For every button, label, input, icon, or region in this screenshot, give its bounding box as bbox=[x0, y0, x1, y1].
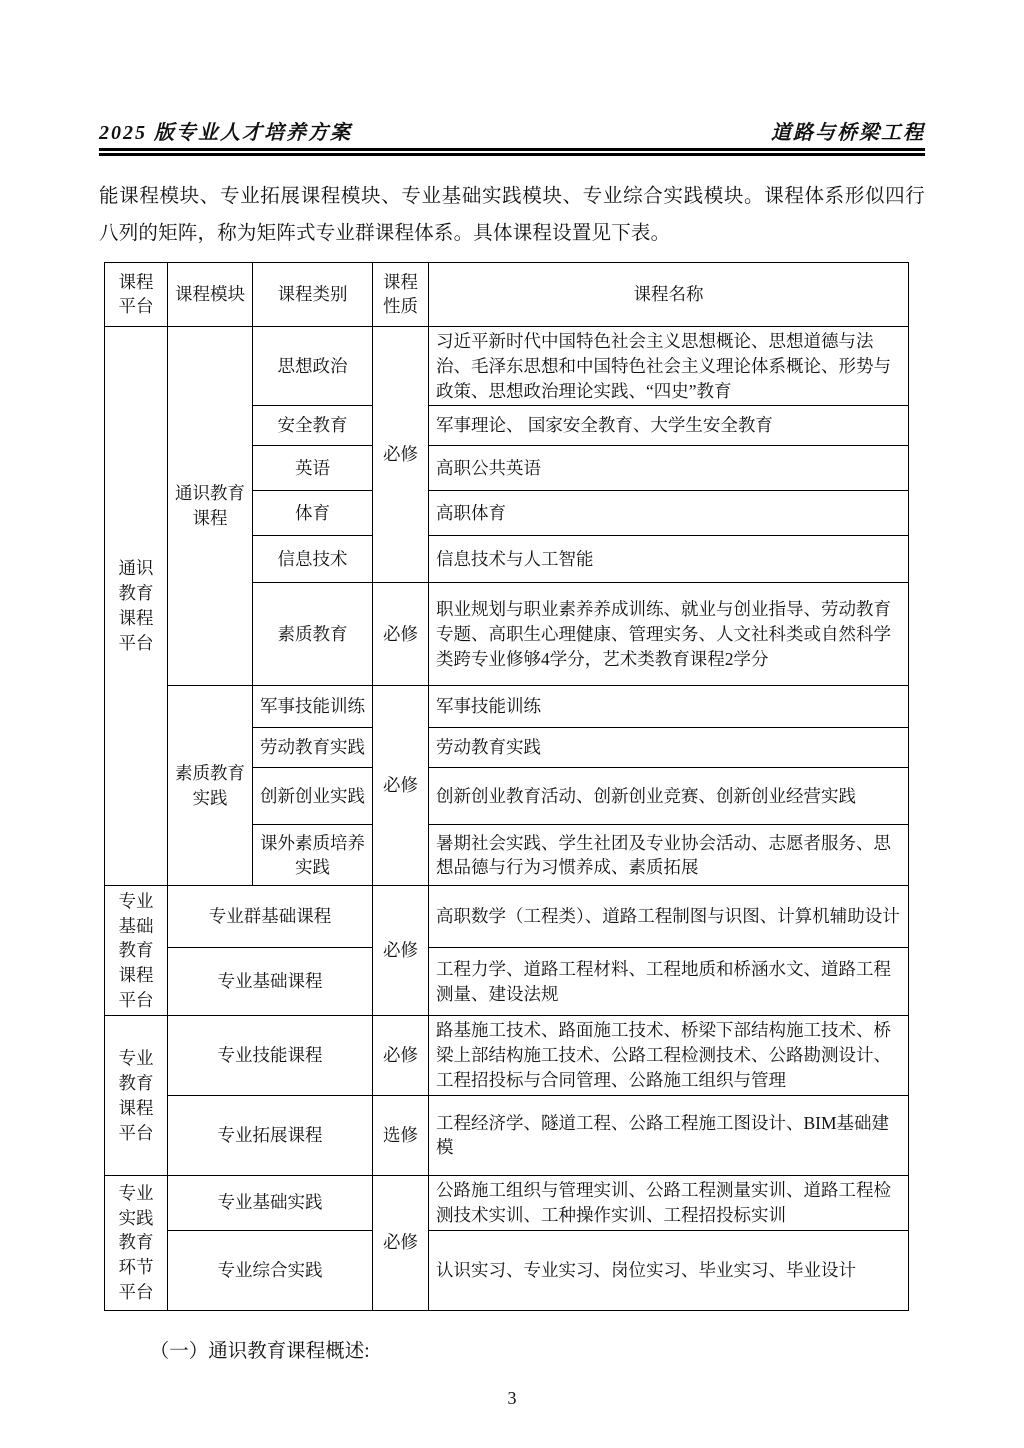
category-cell: 英语 bbox=[253, 446, 373, 491]
module-category-cell: 专业基础课程 bbox=[168, 948, 373, 1016]
table-row: 专业拓展课程 选修 工程经济学、隧道工程、公路工程施工图设计、BIM基础建模 bbox=[105, 1095, 909, 1175]
document-page: 2025 版专业人才培养方案 道路与桥梁工程 能课程模块、专业拓展课程模块、专业… bbox=[0, 0, 1024, 1448]
course-names-cell: 军事理论、 国家安全教育、大学生安全教育 bbox=[429, 406, 909, 446]
module-category-cell: 专业群基础课程 bbox=[168, 886, 373, 948]
nature-cell: 必修 bbox=[373, 1016, 429, 1096]
course-names-cell: 公路施工组织与管理实训、公路工程测量实训、道路工程检测技术实训、工种操作实训、工… bbox=[429, 1175, 909, 1230]
table-row: 专业基础课程 工程力学、道路工程材料、工程地质和桥涵水文、道路工程测量、建设法规 bbox=[105, 948, 909, 1016]
header-left-title: 2025 版专业人才培养方案 bbox=[99, 116, 352, 145]
header-right-title: 道路与桥梁工程 bbox=[771, 116, 925, 145]
table-header-row: 课程 平台 课程模块 课程类别 课程 性质 课程名称 bbox=[105, 262, 909, 326]
nature-cell: 必修 bbox=[373, 686, 429, 886]
platform-cell: 专业 基础 教育 课程 平台 bbox=[105, 886, 168, 1016]
table-row: 专业 基础 教育 课程 平台 专业群基础课程 必修 高职数学（工程类）、道路工程… bbox=[105, 886, 909, 948]
nature-cell: 选修 bbox=[373, 1095, 429, 1175]
course-names-cell: 高职体育 bbox=[429, 491, 909, 536]
course-names-cell: 工程经济学、隧道工程、公路工程施工图设计、BIM基础建模 bbox=[429, 1095, 909, 1175]
module-cell: 通识教育 课程 bbox=[168, 326, 253, 686]
category-cell: 劳动教育实践 bbox=[253, 728, 373, 768]
course-names-cell: 暑期社会实践、学生社团及专业协会活动、志愿者服务、思想品德与行为习惯养成、素质拓… bbox=[429, 825, 909, 886]
category-cell: 素质教育 bbox=[253, 583, 373, 686]
page-number: 3 bbox=[0, 1388, 1024, 1409]
table-row: 专业 实践 教育 环节 平台 专业基础实践 必修 公路施工组织与管理实训、公路工… bbox=[105, 1175, 909, 1230]
category-cell: 课外素质培养 实践 bbox=[253, 825, 373, 886]
nature-cell: 必修 bbox=[373, 326, 429, 583]
nature-cell: 必修 bbox=[373, 886, 429, 1016]
running-header: 2025 版专业人才培养方案 道路与桥梁工程 bbox=[99, 0, 925, 145]
module-category-cell: 专业基础实践 bbox=[168, 1175, 373, 1230]
table-row: 素质教育 实践 军事技能训练 必修 军事技能训练 bbox=[105, 686, 909, 728]
course-names-cell: 创新创业教育活动、创新创业竞赛、创新创业经营实践 bbox=[429, 768, 909, 825]
category-cell: 信息技术 bbox=[253, 536, 373, 583]
category-cell: 思想政治 bbox=[253, 326, 373, 406]
col-header-name: 课程名称 bbox=[429, 262, 909, 326]
col-header-module: 课程模块 bbox=[168, 262, 253, 326]
intro-paragraph: 能课程模块、专业拓展课程模块、专业基础实践模块、专业综合实践模块。课程体系形似四… bbox=[99, 178, 925, 253]
table-row: 专业综合实践 认识实习、专业实习、岗位实习、毕业实习、毕业设计 bbox=[105, 1230, 909, 1310]
platform-cell: 专业 实践 教育 环节 平台 bbox=[105, 1175, 168, 1310]
course-names-cell: 信息技术与人工智能 bbox=[429, 536, 909, 583]
table-row: 专业 教育 课程 平台 专业技能课程 必修 路基施工技术、路面施工技术、桥梁下部… bbox=[105, 1016, 909, 1096]
course-names-cell: 劳动教育实践 bbox=[429, 728, 909, 768]
course-names-cell: 高职数学（工程类）、道路工程制图与识图、计算机辅助设计 bbox=[429, 886, 909, 948]
category-cell: 军事技能训练 bbox=[253, 686, 373, 728]
course-names-cell: 习近平新时代中国特色社会主义思想概论、思想道德与法治、毛泽东思想和中国特色社会主… bbox=[429, 326, 909, 406]
col-header-platform: 课程 平台 bbox=[105, 262, 168, 326]
nature-cell: 必修 bbox=[373, 1175, 429, 1310]
course-names-cell: 职业规划与职业素养养成训练、就业与创业指导、劳动教育专题、高职生心理健康、管理实… bbox=[429, 583, 909, 686]
table-row: 通识 教育 课程 平台 通识教育 课程 思想政治 必修 习近平新时代中国特色社会… bbox=[105, 326, 909, 406]
module-cell: 素质教育 实践 bbox=[168, 686, 253, 886]
category-cell: 创新创业实践 bbox=[253, 768, 373, 825]
category-cell: 安全教育 bbox=[253, 406, 373, 446]
header-rule bbox=[99, 148, 925, 156]
platform-cell: 通识 教育 课程 平台 bbox=[105, 326, 168, 886]
course-names-cell: 军事技能训练 bbox=[429, 686, 909, 728]
nature-cell: 必修 bbox=[373, 583, 429, 686]
course-names-cell: 高职公共英语 bbox=[429, 446, 909, 491]
course-names-cell: 工程力学、道路工程材料、工程地质和桥涵水文、道路工程测量、建设法规 bbox=[429, 948, 909, 1016]
category-cell: 体育 bbox=[253, 491, 373, 536]
module-category-cell: 专业技能课程 bbox=[168, 1016, 373, 1096]
module-category-cell: 专业拓展课程 bbox=[168, 1095, 373, 1175]
course-names-cell: 路基施工技术、路面施工技术、桥梁下部结构施工技术、桥梁上部结构施工技术、公路工程… bbox=[429, 1016, 909, 1096]
module-category-cell: 专业综合实践 bbox=[168, 1230, 373, 1310]
col-header-category: 课程类别 bbox=[253, 262, 373, 326]
section-heading: （一）通识教育课程概述: bbox=[99, 1335, 925, 1363]
col-header-nature: 课程 性质 bbox=[373, 262, 429, 326]
course-names-cell: 认识实习、专业实习、岗位实习、毕业实习、毕业设计 bbox=[429, 1230, 909, 1310]
curriculum-table: 课程 平台 课程模块 课程类别 课程 性质 课程名称 通识 教育 课程 平台 通… bbox=[104, 262, 909, 1311]
platform-cell: 专业 教育 课程 平台 bbox=[105, 1016, 168, 1176]
